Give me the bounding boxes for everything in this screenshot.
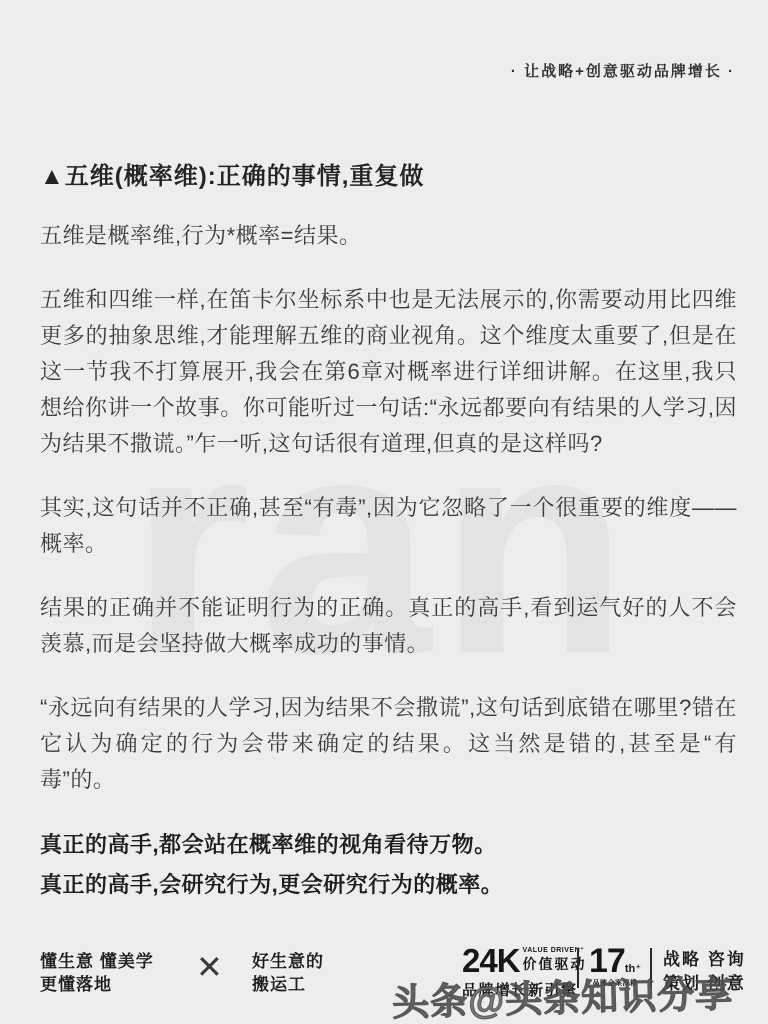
footer-left-slogan: 懂生意 懂美学 更懂落地 [40,950,154,996]
footer-mid-slogan: 好生意的 搬运工 [252,950,324,996]
footer-mid-line2: 搬运工 [252,973,324,996]
section-heading: ▲五维(概率维):正确的事情,重复做 [40,156,735,191]
paragraph-2: 五维和四维一样,在笛卡尔坐标系中也是无法展示的,你需要动用比四维更多的抽象思维,… [40,282,737,462]
footer-left-line1: 懂生意 懂美学 [40,950,154,973]
paragraph-1: 五维是概率维,行为*概率=结果。 [40,218,737,254]
header-slogan: · 让战略+创意驱动品牌增长 · [511,60,735,81]
emphasis-line-2: 真正的高手,会研究行为,更会研究行为的概率。 [40,866,737,904]
paragraph-4: 结果的正确并不能证明行为的正确。真正的高手,看到运气好的人不会羡慕,而是会坚持做… [40,590,737,662]
paragraph-3: 其实,这句话并不正确,甚至“有毒”,因为它忽略了一个很重要的维度——概率。 [40,490,737,562]
footer-left-line2: 更懂落地 [40,973,154,996]
article-body: 五维是概率维,行为*概率=结果。 五维和四维一样,在笛卡尔坐标系中也是无法展示的… [40,218,737,906]
paragraph-5: “永远向有结果的人学习,因为结果不会撒谎”,这句话到底错在哪里?错在它认为确定的… [40,690,737,798]
footer-mid-line1: 好生意的 [252,950,324,973]
cross-icon: ✕ [196,948,223,986]
toutiao-watermark: 头条@头条知识分享 [391,964,733,1024]
book-page: ran · 让战略+创意驱动品牌增长 · ▲五维(概率维):正确的事情,重复做 … [0,0,768,1024]
emphasis-line-1: 真正的高手,都会站在概率维的视角看待万物。 [40,826,737,864]
